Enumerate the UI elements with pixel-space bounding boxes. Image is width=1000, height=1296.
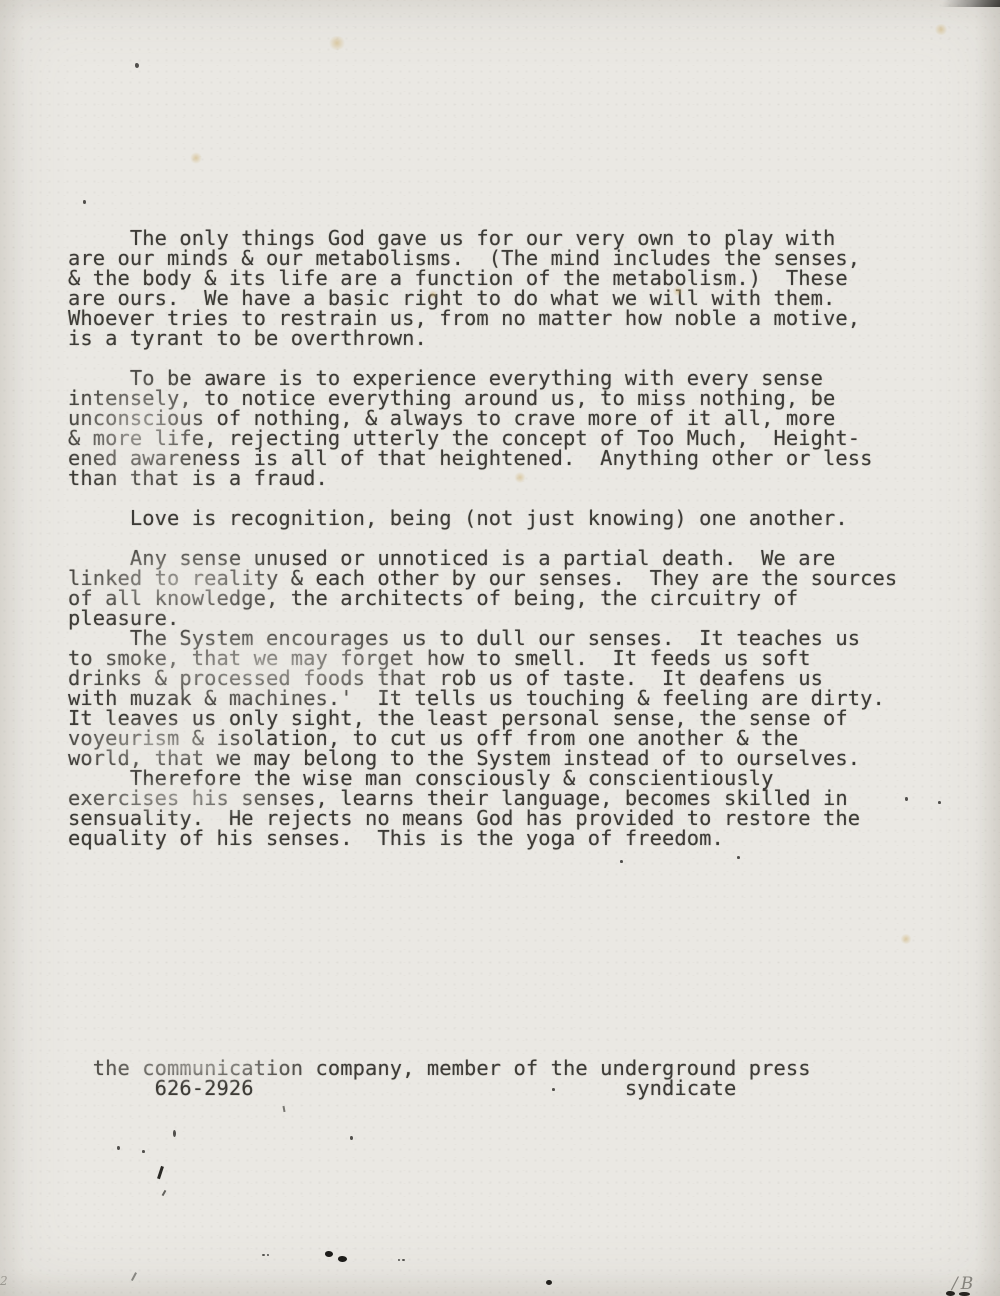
ink-speck (142, 1150, 145, 1153)
stray-stroke (131, 1272, 137, 1281)
stray-stroke (282, 1106, 285, 1112)
ink-speck (546, 1280, 552, 1285)
paper-stain (328, 36, 346, 50)
ink-speck (620, 860, 623, 863)
ink-speck (117, 1146, 120, 1150)
scan-smudge (940, 0, 1000, 7)
document-footer-text: the communication company, member of the… (68, 1058, 811, 1098)
ink-speck (83, 200, 86, 204)
ink-speck (905, 797, 908, 801)
ink-speck (325, 1251, 333, 1257)
ink-speck (946, 1291, 955, 1296)
ink-speck (338, 1256, 347, 1262)
stray-stroke (162, 1190, 167, 1196)
stray-stroke (157, 1166, 163, 1179)
ink-speck (552, 1088, 555, 1091)
ink-speck (402, 1259, 405, 1261)
ink-speck (262, 1254, 265, 1256)
ink-speck (135, 63, 139, 68)
ink-speck (350, 1136, 353, 1140)
document-body-text: The only things God gave us for our very… (68, 228, 897, 848)
ink-speck (267, 1254, 269, 1256)
ink-speck (173, 1130, 176, 1137)
handwritten-corner-mark: 2 (0, 1274, 8, 1288)
ink-speck (959, 1292, 970, 1296)
ink-speck (938, 801, 941, 804)
paper-stain (900, 934, 912, 944)
paper-stain (934, 24, 948, 35)
handwritten-page-mark: /B (952, 1274, 976, 1294)
document-page: The only things God gave us for our very… (0, 0, 1000, 1296)
paper-stain (190, 152, 202, 164)
ink-speck (737, 856, 740, 859)
ink-speck (398, 1259, 400, 1261)
